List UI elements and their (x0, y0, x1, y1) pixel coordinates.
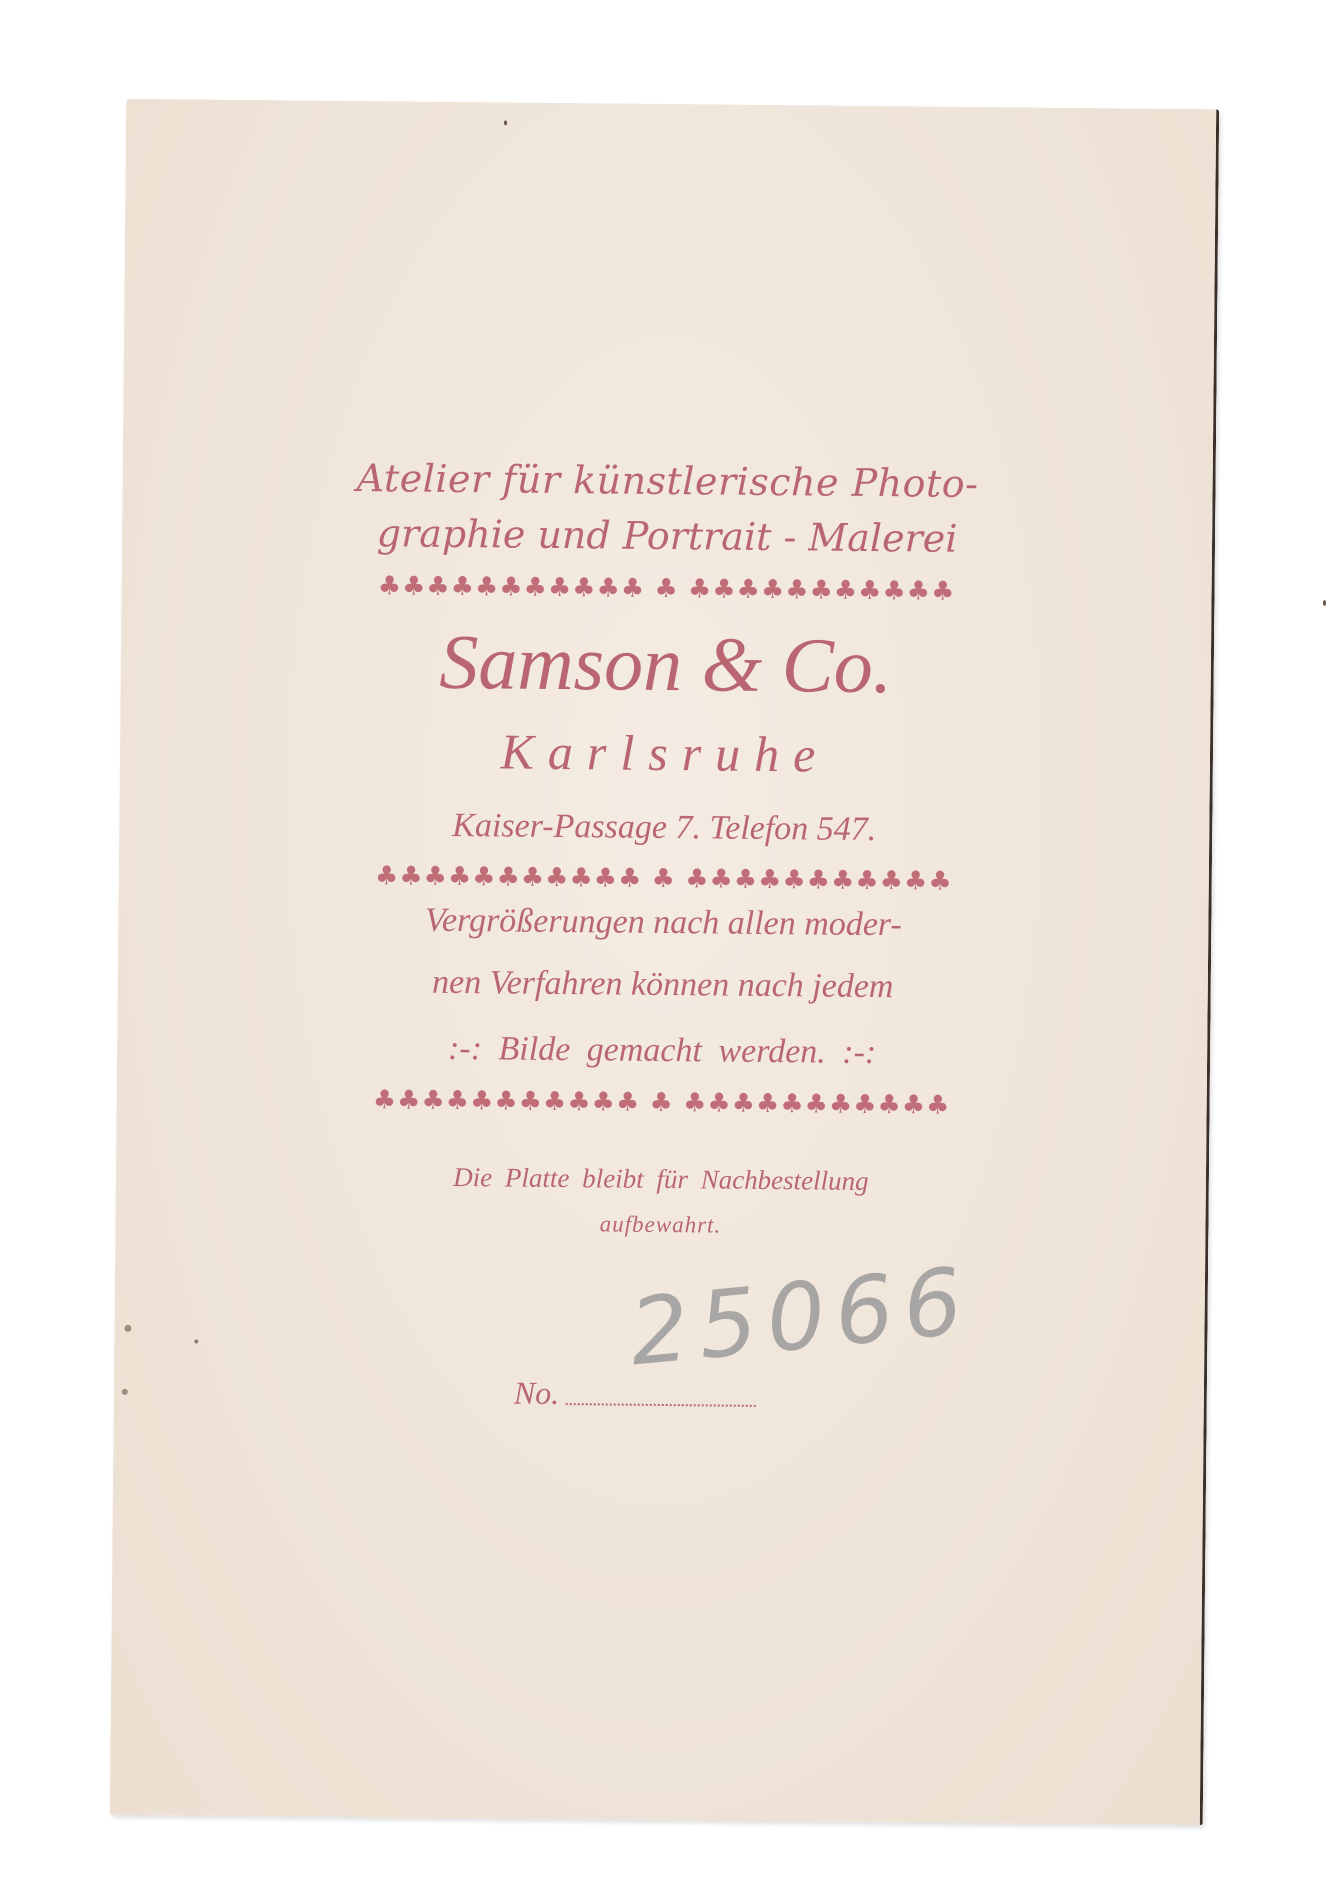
notice-line-2: aufbewahrt. (115, 1207, 1205, 1243)
body-line-3: :-: Bilde gemacht werden. :-: (117, 1027, 1207, 1075)
body-line-2: nen Verfahren können nach jedem (118, 961, 1208, 1009)
header-line-1: Atelier für künstlerische Photo- (122, 454, 1212, 508)
paper-speck (122, 1389, 128, 1395)
studio-name: Samson & Co. (120, 614, 1211, 714)
city-name: Karlsruhe (120, 719, 1211, 787)
notice-line-1: Die Platte bleibt für Nachbestellung (116, 1159, 1206, 1200)
handwritten-number: 25066 (625, 1247, 976, 1386)
body-line-1: Vergrößerungen nach allen moder- (118, 899, 1208, 947)
number-dotted-line (566, 1403, 756, 1407)
number-label: No. (514, 1375, 560, 1412)
paper-speck (194, 1340, 198, 1344)
ornament-divider: ♣♣♣♣♣♣♣♣♣♣♣ ♣ ♣♣♣♣♣♣♣♣♣♣♣ (121, 569, 1211, 609)
paper-speck (124, 1325, 131, 1332)
background-speck (1323, 600, 1326, 606)
ornament-divider: ♣♣♣♣♣♣♣♣♣♣♣ ♣ ♣♣♣♣♣♣♣♣♣♣♣ (119, 859, 1209, 899)
address-phone: Kaiser-Passage 7. Telefon 547. (119, 804, 1209, 852)
paper-speck (504, 120, 507, 125)
photo-card-back: Atelier für künstlerische Photo- graphie… (110, 99, 1219, 1825)
ornament-divider: ♣♣♣♣♣♣♣♣♣♣♣ ♣ ♣♣♣♣♣♣♣♣♣♣♣ (117, 1083, 1207, 1123)
header-line-2: graphie und Portrait - Malerei (122, 509, 1212, 563)
